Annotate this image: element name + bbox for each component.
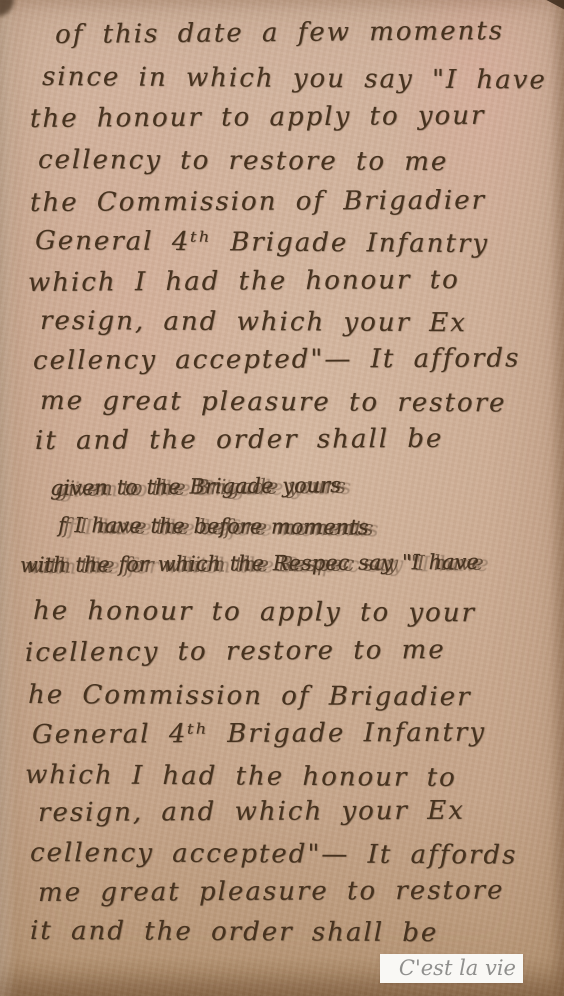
handwriting-line: General 4ᵗʰ Brigade Infantry — [32, 720, 486, 748]
handwriting-line: it and the order shall be — [35, 426, 443, 454]
handwriting-line: cellency accepted"— It affords — [33, 345, 521, 374]
handwriting-line: since in which you say "I have — [42, 64, 547, 94]
handwriting-line: cellency to restore to me — [38, 147, 448, 175]
watermark-label: C'est la vie — [380, 954, 523, 983]
letter-photo: of this date a few moments since in whic… — [0, 0, 564, 996]
handwriting-line: cellency accepted"— It affords — [30, 840, 518, 869]
handwriting-line: of this date a few moments — [55, 18, 504, 48]
handwriting-line: me great pleasure to restore — [38, 878, 505, 906]
handwriting-line: me great pleasure to restore — [40, 388, 507, 416]
handwriting-line: he honour to apply to your — [33, 598, 476, 626]
handwriting-line: the Commission of Brigadier — [30, 188, 486, 216]
handwriting-line: which I had the honour to — [25, 762, 457, 791]
handwriting-line: the honour to apply to your — [30, 103, 486, 132]
handwriting-line-overlapped: given to the Brigade yours — [50, 475, 341, 499]
handwriting-line: he Commission of Brigadier — [28, 682, 472, 710]
handwriting-line: which I had the honour to — [28, 267, 460, 296]
handwriting-line: icellency to restore to me — [25, 637, 446, 666]
handwriting-line-overlapped: f I have the before moments — [58, 515, 369, 538]
handwriting-line-overlapped: with the for which the Respec say "I hav… — [20, 552, 479, 576]
handwriting-line: resign, and which your Ex — [40, 308, 467, 336]
handwriting-line: General 4ᵗʰ Brigade Infantry — [35, 228, 489, 257]
handwriting-line: resign, and which your Ex — [38, 798, 465, 826]
handwriting-line: it and the order shall be — [30, 918, 438, 946]
